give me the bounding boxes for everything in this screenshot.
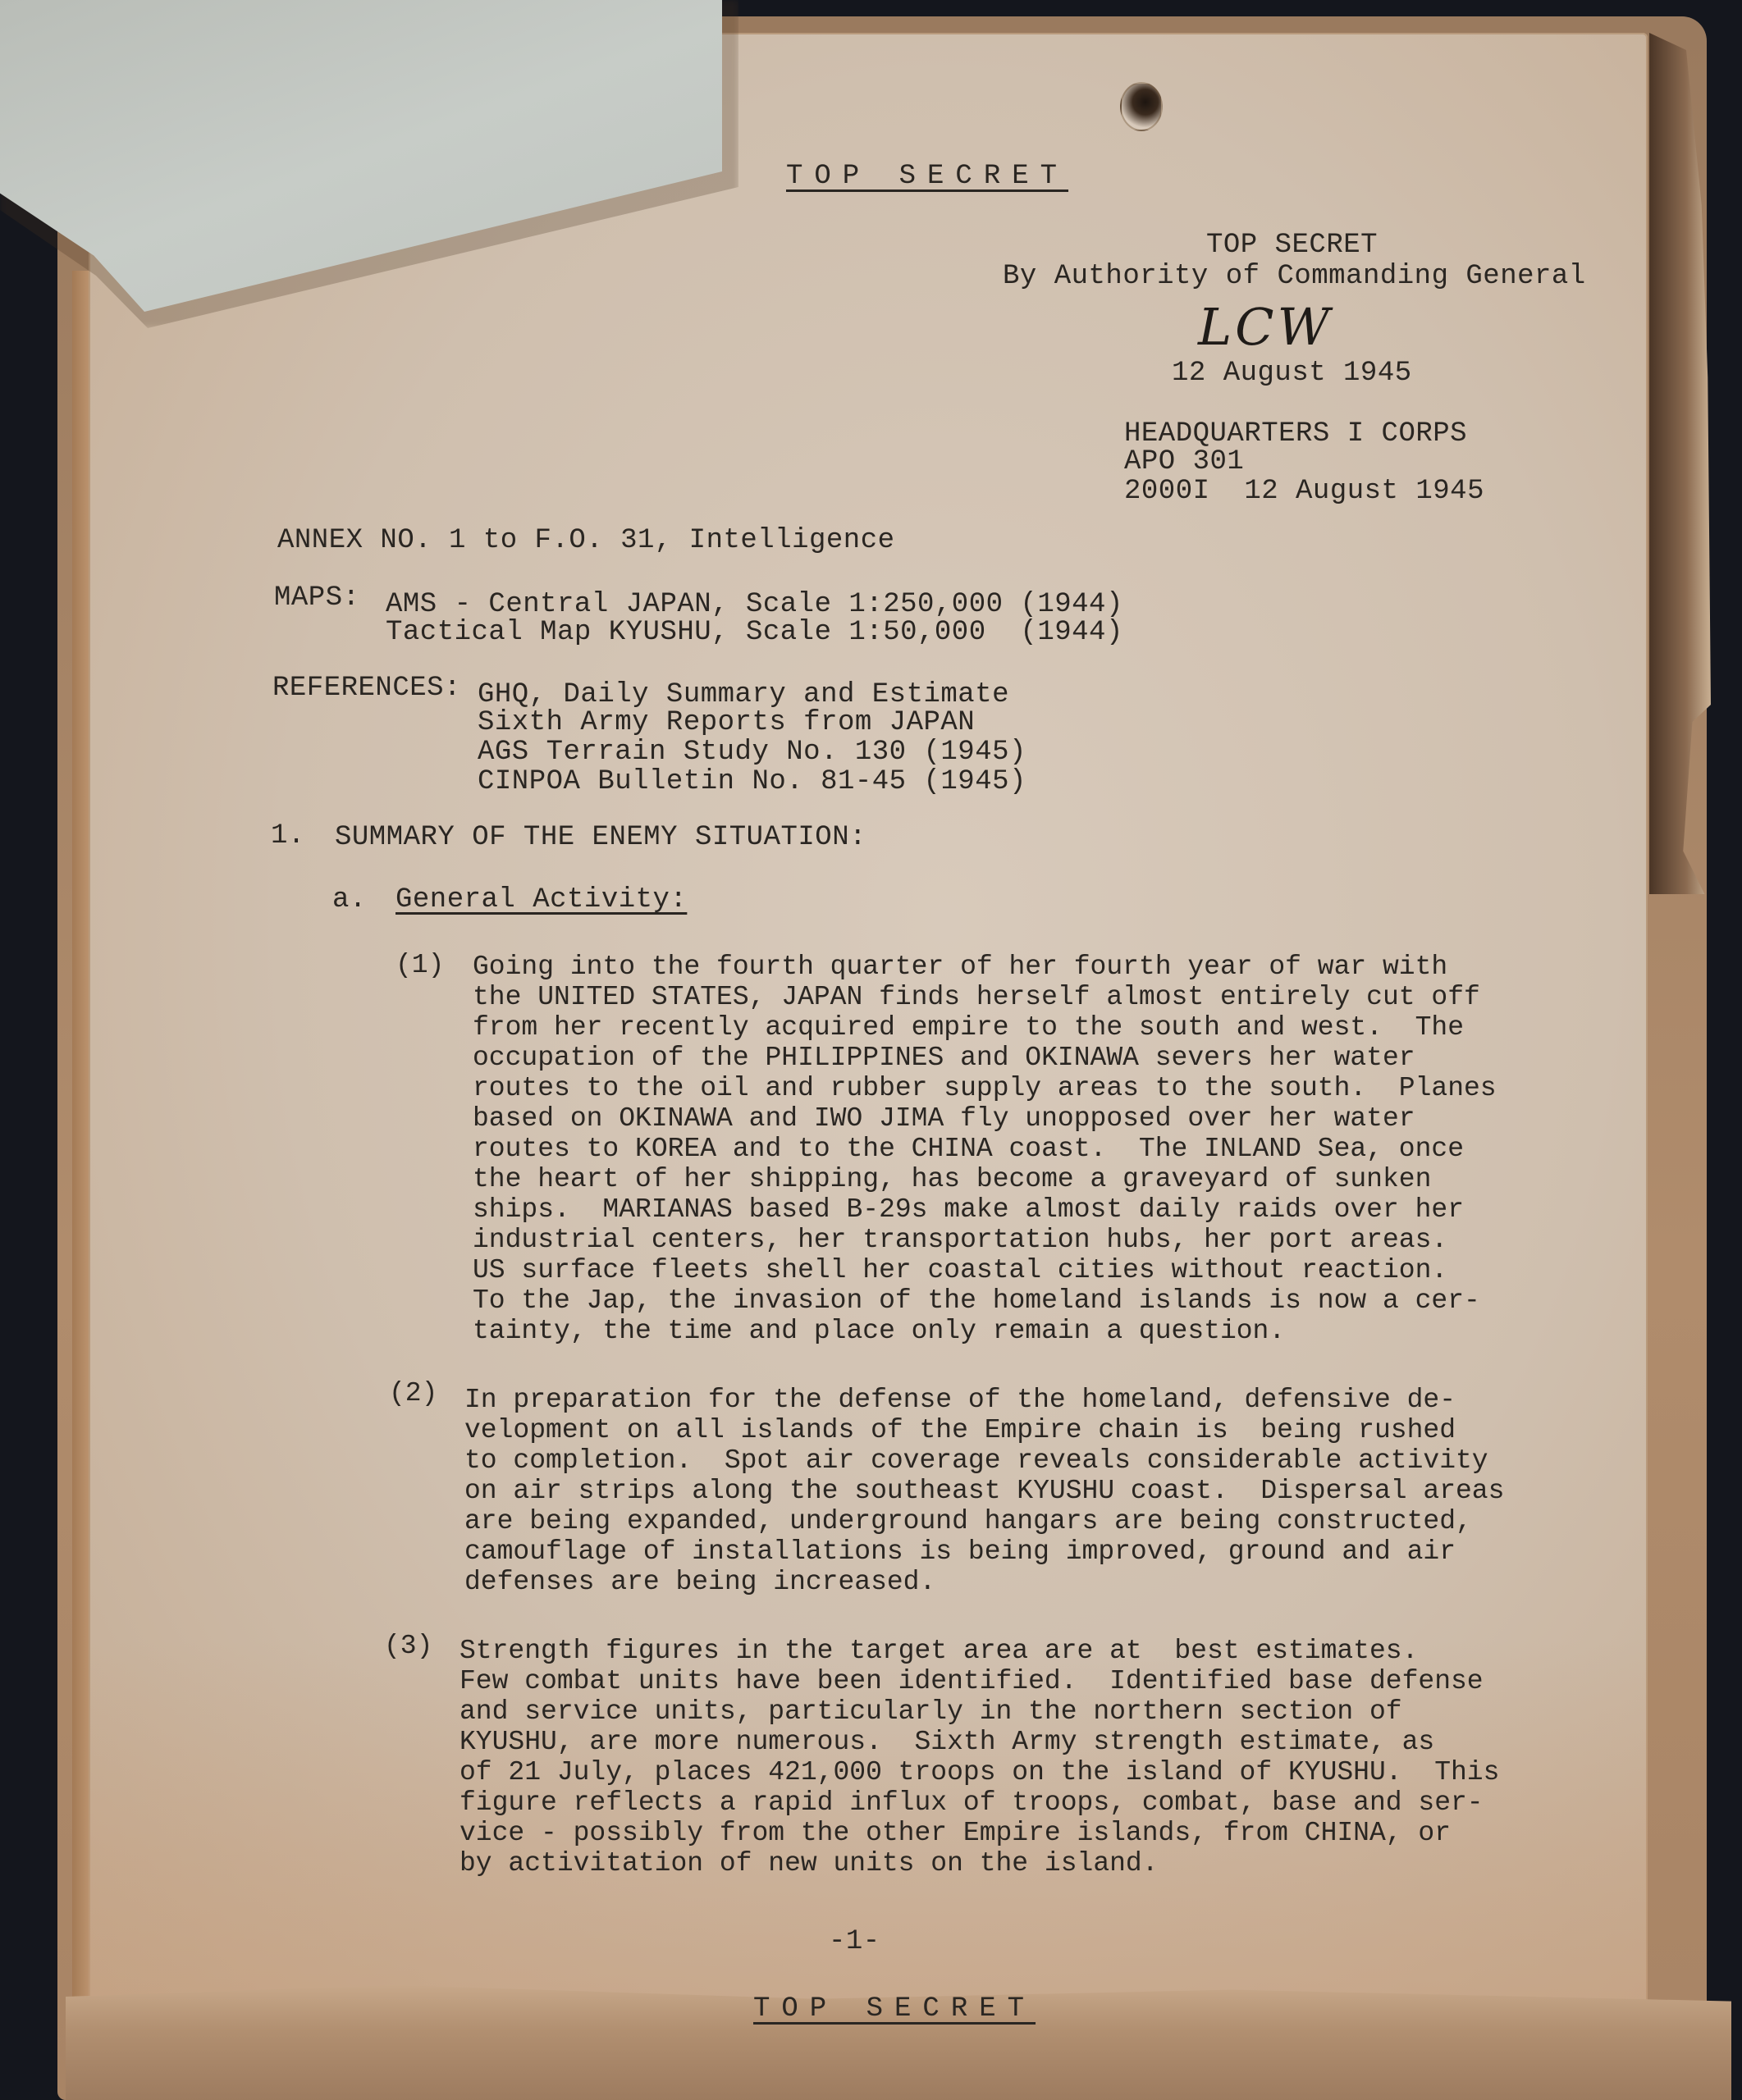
paragraph-line: vice - possibly from the other Empire is… xyxy=(460,1818,1451,1848)
paragraph-line: defenses are being increased. xyxy=(464,1567,935,1597)
reference-item: Sixth Army Reports from JAPAN xyxy=(478,707,975,738)
maps-label: MAPS: xyxy=(274,582,360,614)
paragraph-line: velopment on all islands of the Empire c… xyxy=(464,1415,1456,1445)
paragraph-line: In preparation for the defense of the ho… xyxy=(464,1385,1456,1415)
section-number: 1. xyxy=(271,820,305,851)
paragraph-line: are being expanded, underground hangars … xyxy=(464,1506,1472,1536)
section-title: SUMMARY OF THE ENEMY SITUATION: xyxy=(335,822,866,853)
paragraph-line: US surface fleets shell her coastal citi… xyxy=(473,1255,1447,1285)
authority-line: By Authority of Commanding General xyxy=(1003,261,1586,292)
paragraph-line: by activitation of new units on the isla… xyxy=(460,1848,1159,1879)
classification-footer: TOP SECRET xyxy=(753,1993,1036,2025)
paragraph-line: Few combat units have been identified. I… xyxy=(460,1666,1484,1696)
map-item: AMS - Central JAPAN, Scale 1:250,000 (19… xyxy=(386,589,1123,620)
paragraph-line: tainty, the time and place only remain a… xyxy=(473,1316,1285,1346)
paragraph-line: industrial centers, her transportation h… xyxy=(473,1225,1447,1255)
reference-item: GHQ, Daily Summary and Estimate xyxy=(478,679,1009,710)
subsection-title: General Activity: xyxy=(395,884,687,915)
paragraph-line: routes to KOREA and to the CHINA coast. … xyxy=(473,1134,1464,1164)
apo-line: APO 301 xyxy=(1124,446,1244,477)
authority-date: 12 August 1945 xyxy=(1172,358,1412,389)
reference-item: AGS Terrain Study No. 130 (1945) xyxy=(478,737,1026,768)
paragraph-line: Going into the fourth quarter of her fou… xyxy=(473,952,1447,982)
paragraph-line: on air strips along the southeast KYUSHU… xyxy=(464,1476,1504,1506)
paragraph-number: (3) xyxy=(384,1631,432,1661)
classification-header: TOP SECRET xyxy=(786,161,1068,192)
subsection-letter: a. xyxy=(332,884,367,915)
map-item: Tactical Map KYUSHU, Scale 1:50,000 (194… xyxy=(386,617,1123,648)
paragraph-line: figure reflects a rapid influx of troops… xyxy=(460,1787,1484,1818)
paragraph-line: the UNITED STATES, JAPAN finds herself a… xyxy=(473,982,1480,1012)
paragraph-line: of 21 July, places 421,000 troops on the… xyxy=(460,1757,1499,1787)
paragraph-number: (1) xyxy=(395,950,444,980)
reference-item: CINPOA Bulletin No. 81-45 (1945) xyxy=(478,766,1026,797)
paragraph-line: To the Jap, the invasion of the homeland… xyxy=(473,1285,1480,1316)
paragraph-line: and service units, particularly in the n… xyxy=(460,1696,1402,1727)
punch-hole xyxy=(1120,82,1163,131)
paragraph-number: (2) xyxy=(389,1378,437,1408)
paragraph-line: ships. MARIANAS based B-29s make almost … xyxy=(473,1194,1464,1225)
references-label: REFERENCES: xyxy=(272,673,461,704)
page-number: -1- xyxy=(829,1926,880,1957)
paragraph-line: from her recently acquired empire to the… xyxy=(473,1012,1464,1043)
paragraph-line: the heart of her shipping, has become a … xyxy=(473,1164,1431,1194)
headquarters-line: HEADQUARTERS I CORPS xyxy=(1124,418,1467,450)
paragraph-line: based on OKINAWA and IWO JIMA fly unoppo… xyxy=(473,1103,1415,1134)
paragraph-line: KYUSHU, are more numerous. Sixth Army st… xyxy=(460,1727,1434,1757)
datetime-group: 2000I 12 August 1945 xyxy=(1124,476,1484,507)
paragraph-line: to completion. Spot air coverage reveals… xyxy=(464,1445,1488,1476)
annex-title: ANNEX NO. 1 to F.O. 31, Intelligence xyxy=(277,525,895,556)
paragraph-line: camouflage of installations is being imp… xyxy=(464,1536,1456,1567)
authority-classification: TOP SECRET xyxy=(1206,230,1378,261)
paragraph-line: occupation of the PHILIPPINES and OKINAW… xyxy=(473,1043,1415,1073)
handwritten-initials: LCW xyxy=(1198,297,1333,357)
paragraph-line: routes to the oil and rubber supply area… xyxy=(473,1073,1497,1103)
paragraph-line: Strength figures in the target area are … xyxy=(460,1636,1418,1666)
